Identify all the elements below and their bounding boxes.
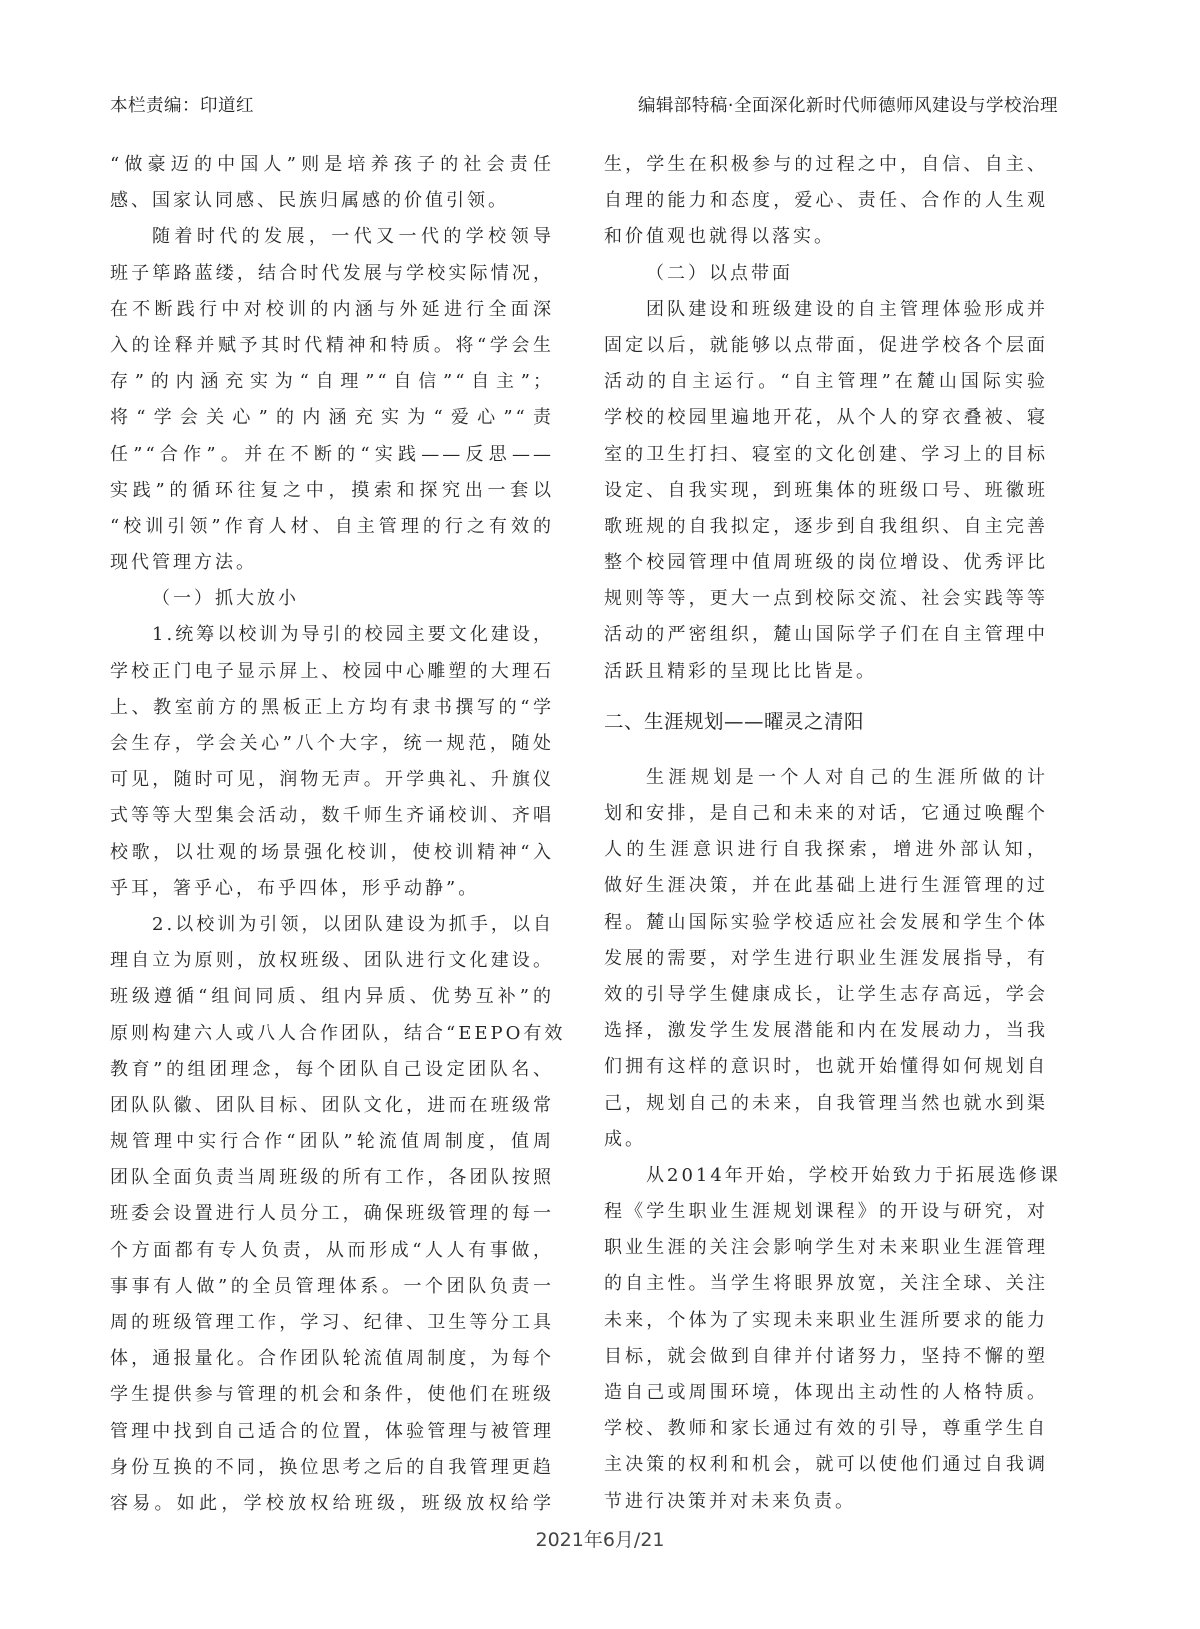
left-column: “做豪迈的中国人”则是培养孩子的社会责任 感、国家认同感、民族归属感的价值引领。… — [110, 147, 554, 1522]
text-line: 将“学会关心”的内涵充实为“爱心”“责 — [110, 400, 554, 436]
text-line: 学生提供参与管理的机会和条件，使他们在班级 — [110, 1377, 554, 1413]
section-header-title: 编辑部特稿·全面深化新时代师德师风建设与学校治理 — [638, 92, 1058, 117]
text-line: 生，学生在积极参与的过程之中，自信、自主、 — [604, 147, 1048, 183]
text-line: 划和安排，是自己和未来的对话，它通过唤醒个 — [604, 796, 1048, 832]
text-line: 容易。如此，学校放权给班级，班级放权给学 — [110, 1486, 554, 1522]
text-line: 选择，激发学生发展潜能和内在发展动力，当我 — [604, 1013, 1048, 1049]
text-line: 活动的严密组织，麓山国际学子们在自主管理中 — [604, 617, 1048, 653]
text-line: 己，规划自己的未来，自我管理当然也就水到渠 — [604, 1086, 1048, 1122]
text-line: 学校、教师和家长通过有效的引导，尊重学生自 — [604, 1411, 1048, 1447]
text-line: 程。麓山国际实验学校适应社会发展和学生个体 — [604, 905, 1048, 941]
text-line: 造自己或周围环境，体现出主动性的人格特质。 — [604, 1375, 1048, 1411]
text-line: 周的班级管理工作，学习、纪律、卫生等分工具 — [110, 1305, 554, 1341]
text-line: 任”“合作”。并在不断的“实践——反思—— — [110, 437, 554, 473]
text-line: “校训引领”作育人材、自主管理的行之有效的 — [110, 509, 554, 545]
text-line: 效的引导学生健康成长，让学生志存高远，学会 — [604, 977, 1048, 1013]
subheading-two: （二）以点带面 — [604, 256, 1048, 292]
text-line: 存”的内涵充实为“自理”“自信”“自主”； — [110, 364, 554, 400]
text-line: 团队队徽、团队目标、团队文化，进而在班级常 — [110, 1088, 554, 1124]
text-line: 校歌，以壮观的场景强化校训，使校训精神“入 — [110, 835, 554, 871]
right-column: 生，学生在积极参与的过程之中，自信、自主、 自理的能力和态度，爱心、责任、合作的… — [604, 147, 1048, 1520]
text-line: 做好生涯决策，并在此基础上进行生涯管理的过 — [604, 868, 1048, 904]
text-line: 主决策的权利和机会，就可以使他们通过自我调 — [604, 1447, 1048, 1483]
text-line: 感、国家认同感、民族归属感的价值引领。 — [110, 183, 554, 219]
section-heading: 二、生涯规划——曜灵之清阳 — [604, 704, 1048, 740]
paragraph-start: 1.统筹以校训为导引的校园主要文化建设， — [110, 617, 554, 653]
text-line: 会生存，学会关心”八个大字，统一规范，随处 — [110, 726, 554, 762]
text-line: 理自立为原则，放权班级、团队进行文化建设。 — [110, 943, 554, 979]
text-line: 固定以后，就能够以点带面，促进学校各个层面 — [604, 328, 1048, 364]
text-line: 管理中找到自己适合的位置，体验管理与被管理 — [110, 1414, 554, 1450]
text-line: 团队全面负责当周班级的所有工作，各团队按照 — [110, 1160, 554, 1196]
text-line: 未来，个体为了实现未来职业生涯所要求的能力 — [604, 1303, 1048, 1339]
text-line: 班级遵循“组间同质、组内异质、优势互补”的 — [110, 979, 554, 1015]
text-line: 人的生涯意识进行自我探索，增进外部认知， — [604, 832, 1048, 868]
text-line: 们拥有这样的意识时，也就开始懂得如何规划自 — [604, 1049, 1048, 1085]
text-line: 个方面都有专人负责，从而形成“人人有事做， — [110, 1233, 554, 1269]
text-line: 目标，就会做到自律并付诸努力，坚持不懈的塑 — [604, 1339, 1048, 1375]
text-line: 入的诠释并赋予其时代精神和特质。将“学会生 — [110, 328, 554, 364]
text-line: 可见，随时可见，润物无声。开学典礼、升旗仪 — [110, 762, 554, 798]
text-line: 规则等等，更大一点到校际交流、社会实践等等 — [604, 581, 1048, 617]
text-line: 歌班规的自我拟定，逐步到自我组织、自主完善 — [604, 509, 1048, 545]
subheading-one: （一）抓大放小 — [110, 581, 554, 617]
text-line: 职业生涯的关注会影响学生对未来职业生涯管理 — [604, 1230, 1048, 1266]
text-line: 在不断践行中对校训的内涵与外延进行全面深 — [110, 292, 554, 328]
text-line: 的自主性。当学生将眼界放宽，关注全球、关注 — [604, 1266, 1048, 1302]
text-line: 活动的自主运行。“自主管理”在麓山国际实验 — [604, 364, 1048, 400]
paragraph-start: 2.以校训为引领，以团队建设为抓手，以自 — [110, 907, 554, 943]
text-line: 节进行决策并对未来负责。 — [604, 1484, 1048, 1520]
paragraph-start: 团队建设和班级建设的自主管理体验形成并 — [604, 292, 1048, 328]
text-line: 程《学生职业生涯规划课程》的开设与研究，对 — [604, 1194, 1048, 1230]
text-line: 教育”的组团理念，每个团队自己设定团队名、 — [110, 1052, 554, 1088]
text-line: 原则构建六人或八人合作团队，结合“EEPO有效 — [110, 1016, 554, 1052]
text-line: 上、教室前方的黑板正上方均有隶书撰写的“学 — [110, 690, 554, 726]
text-line: 实践”的循环往复之中，摸索和探究出一套以 — [110, 473, 554, 509]
text-line: 发展的需要，对学生进行职业生涯发展指导，有 — [604, 941, 1048, 977]
paragraph-start: 随着时代的发展，一代又一代的学校领导 — [110, 219, 554, 255]
text-line: 式等等大型集会活动，数千师生齐诵校训、齐唱 — [110, 798, 554, 834]
paragraph-start: 从2014年开始，学校开始致力于拓展选修课 — [604, 1158, 1048, 1194]
text-line: 规管理中实行合作“团队”轮流值周制度，值周 — [110, 1124, 554, 1160]
text-line: 体，通报量化。合作团队轮流值周制度，为每个 — [110, 1341, 554, 1377]
text-line: 学校的校园里遍地开花，从个人的穿衣叠被、寝 — [604, 400, 1048, 436]
text-line: 活跃且精彩的呈现比比皆是。 — [604, 654, 1048, 690]
text-line: 整个校园管理中值周班级的岗位增设、优秀评比 — [604, 545, 1048, 581]
text-line: 班委会设置进行人员分工，确保班级管理的每一 — [110, 1196, 554, 1232]
text-line: 和价值观也就得以落实。 — [604, 219, 1048, 255]
text-line: 乎耳，箸乎心，布乎四体，形乎动静”。 — [110, 871, 554, 907]
text-line: 设定、自我实现，到班集体的班级口号、班徽班 — [604, 473, 1048, 509]
text-line: 室的卫生打扫、寝室的文化创建、学习上的目标 — [604, 437, 1048, 473]
text-line: 学校正门电子显示屏上、校园中心雕塑的大理石 — [110, 654, 554, 690]
text-line: 成。 — [604, 1122, 1048, 1158]
text-line: 身份互换的不同，换位思考之后的自我管理更趋 — [110, 1450, 554, 1486]
column-editor-label: 本栏责编：印道红 — [110, 92, 254, 117]
page-footer-date-number: 2021年6月/21 — [0, 1525, 1200, 1552]
text-line: 自理的能力和态度，爱心、责任、合作的人生观 — [604, 183, 1048, 219]
paragraph-start: 生涯规划是一个人对自己的生涯所做的计 — [604, 760, 1048, 796]
text-line: 事事有人做”的全员管理体系。一个团队负责一 — [110, 1269, 554, 1305]
text-line: 现代管理方法。 — [110, 545, 554, 581]
text-line: “做豪迈的中国人”则是培养孩子的社会责任 — [110, 147, 554, 183]
text-line: 班子筚路蓝缕，结合时代发展与学校实际情况， — [110, 256, 554, 292]
